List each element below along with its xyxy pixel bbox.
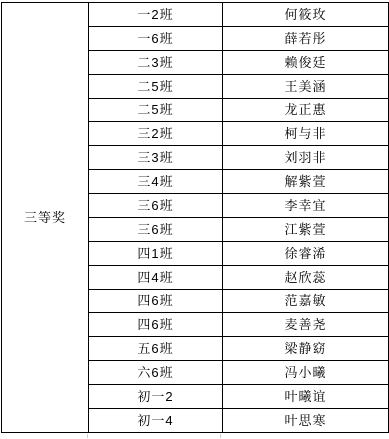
class-cell: 五6班 <box>89 337 223 361</box>
student-name-cell: 解紫萱 <box>223 170 389 194</box>
class-cell: 一6班 <box>89 26 223 50</box>
class-cell: 初一2 <box>89 385 223 409</box>
table-row: 三等奖一2班何筱玫 <box>2 3 389 27</box>
class-cell: 三6班 <box>89 217 223 241</box>
class-cell: 四6班 <box>89 289 223 313</box>
student-name-cell: 徐睿浠 <box>223 241 389 265</box>
student-name-cell: 龙正惠 <box>223 98 389 122</box>
student-name-cell: 柯与非 <box>223 122 389 146</box>
student-name-cell: 赵欣蕊 <box>223 265 389 289</box>
class-cell: 三3班 <box>89 146 223 170</box>
student-name-cell: 范嘉敏 <box>223 289 389 313</box>
student-name-cell: 何筱玫 <box>223 3 389 27</box>
student-name-cell: 麦善尧 <box>223 313 389 337</box>
award-tier-cell: 三等奖 <box>2 3 89 433</box>
student-name-cell: 赖俊廷 <box>223 50 389 74</box>
student-name-cell: 薛若彤 <box>223 26 389 50</box>
prize-table: 三等奖一2班何筱玫一6班薛若彤二3班赖俊廷二5班王美涵二5班龙正惠三2班柯与非三… <box>1 2 389 433</box>
class-cell: 三2班 <box>89 122 223 146</box>
class-cell: 六6班 <box>89 361 223 385</box>
class-cell: 三6班 <box>89 194 223 218</box>
class-cell: 四6班 <box>89 313 223 337</box>
class-cell: 二5班 <box>89 98 223 122</box>
student-name-cell: 江紫萱 <box>223 217 389 241</box>
student-name-cell: 李幸宜 <box>223 194 389 218</box>
prize-table-body: 三等奖一2班何筱玫一6班薛若彤二3班赖俊廷二5班王美涵二5班龙正惠三2班柯与非三… <box>2 3 389 433</box>
cutoff-gridline-left <box>87 434 88 438</box>
student-name-cell: 叶曦谊 <box>223 385 389 409</box>
class-cell: 初一4 <box>89 408 223 432</box>
student-name-cell: 梁静窈 <box>223 337 389 361</box>
award-table-page: 三等奖一2班何筱玫一6班薛若彤二3班赖俊廷二5班王美涵二5班龙正惠三2班柯与非三… <box>0 0 389 439</box>
class-cell: 二5班 <box>89 74 223 98</box>
student-name-cell: 王美涵 <box>223 74 389 98</box>
student-name-cell: 叶思寒 <box>223 408 389 432</box>
class-cell: 四4班 <box>89 265 223 289</box>
cutoff-gridline-right <box>220 434 221 438</box>
student-name-cell: 冯小曦 <box>223 361 389 385</box>
student-name-cell: 刘羽非 <box>223 146 389 170</box>
class-cell: 二3班 <box>89 50 223 74</box>
class-cell: 一2班 <box>89 3 223 27</box>
class-cell: 三4班 <box>89 170 223 194</box>
class-cell: 四1班 <box>89 241 223 265</box>
